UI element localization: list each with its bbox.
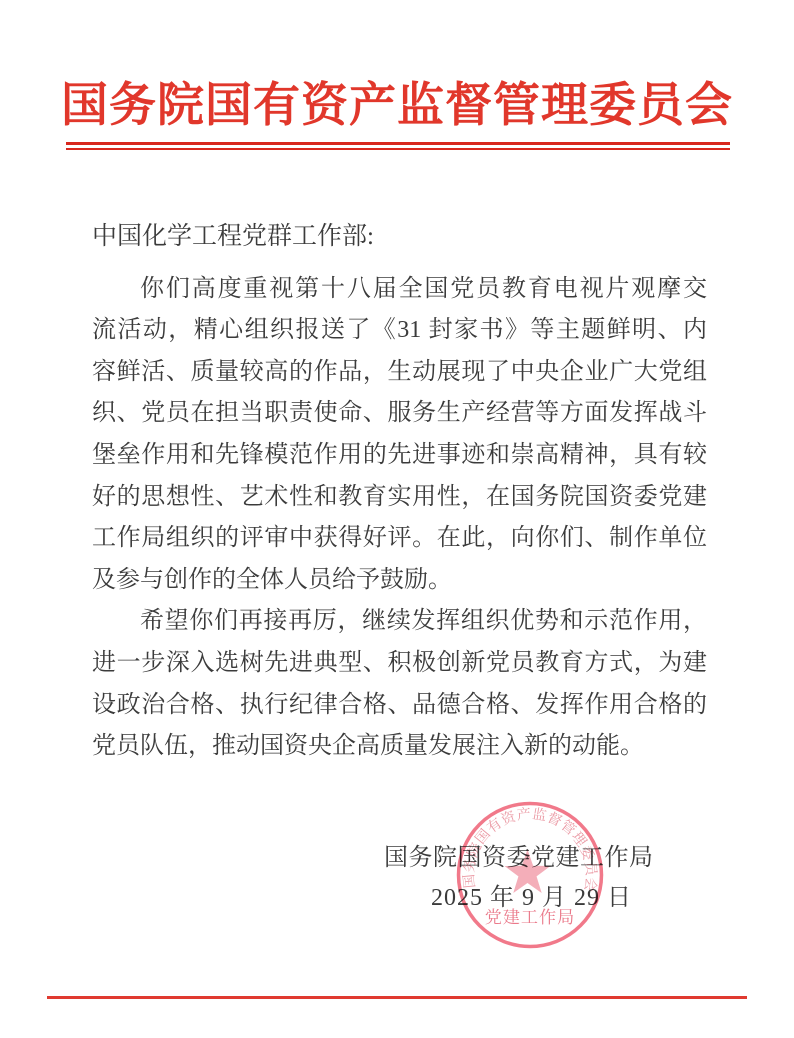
separator-thick-rule <box>66 142 730 145</box>
body-line: 容鲜活、质量较高的作品，生动展现了中央企业广大党组 <box>92 352 707 394</box>
recipient-line: 中国化学工程党群工作部: <box>92 216 707 258</box>
body-line: 党员队伍，推动国资央企高质量发展注入新的动能。 <box>92 726 707 768</box>
official-seal: 国务院国有资产监督管理委员会 党建工作局 <box>455 800 605 950</box>
document-page: 国务院国有资产监督管理委员会 中国化学工程党群工作部: 你们高度重视第十八届全国… <box>0 0 794 1038</box>
body-line: 工作局组织的评审中获得好评。在此，向你们、制作单位 <box>92 518 707 560</box>
body-line: 你们高度重视第十八届全国党员教育电视片观摩交 <box>92 269 707 311</box>
body-line: 进一步深入选树先进典型、积极创新党员教育方式，为建 <box>92 643 707 685</box>
paragraph-1: 你们高度重视第十八届全国党员教育电视片观摩交 流活动，精心组织报送了《31 封家… <box>92 269 707 602</box>
separator-thin-rule <box>66 148 730 150</box>
bottom-rule <box>47 996 747 999</box>
letter-body: 中国化学工程党群工作部: 你们高度重视第十八届全国党员教育电视片观摩交 流活动，… <box>92 216 707 768</box>
body-line: 希望你们再接再厉，继续发挥组织优势和示范作用， <box>92 601 707 643</box>
seal-bottom-text: 党建工作局 <box>485 908 576 927</box>
letterhead-separator <box>66 142 730 150</box>
letterhead-title: 国务院国有资产监督管理委员会 <box>0 68 794 135</box>
paragraph-2: 希望你们再接再厉，继续发挥组织优势和示范作用， 进一步深入选树先进典型、积极创新… <box>92 601 707 767</box>
body-line: 织、党员在担当职责使命、服务生产经营等方面发挥战斗 <box>92 393 707 435</box>
body-line: 设政治合格、执行纪律合格、品德合格、发挥作用合格的 <box>92 685 707 727</box>
body-line: 及参与创作的全体人员给予鼓励。 <box>92 560 707 602</box>
body-line: 堡垒作用和先锋模范作用的先进事迹和崇高精神，具有较 <box>92 435 707 477</box>
body-line: 好的思想性、艺术性和教育实用性，在国务院国资委党建 <box>92 477 707 519</box>
star-icon <box>505 849 551 893</box>
body-line: 流活动，精心组织报送了《31 封家书》等主题鲜明、内 <box>92 310 707 352</box>
